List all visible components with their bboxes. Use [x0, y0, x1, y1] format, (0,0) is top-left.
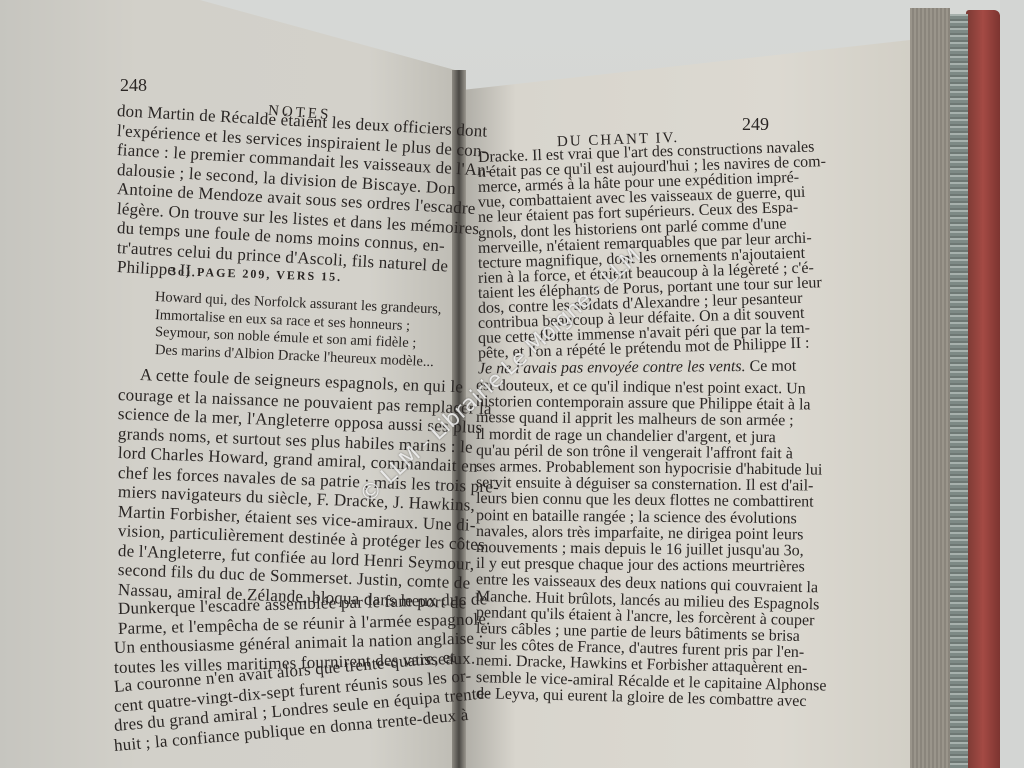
left-page-number: 248 [120, 76, 147, 94]
right-page-number: 249 [742, 115, 769, 133]
quote-continuation: Ce mot [746, 358, 797, 375]
marbled-edge [948, 14, 968, 768]
page-edges [910, 8, 950, 768]
background-right [1000, 0, 1024, 768]
book-spine-red [966, 10, 1000, 768]
